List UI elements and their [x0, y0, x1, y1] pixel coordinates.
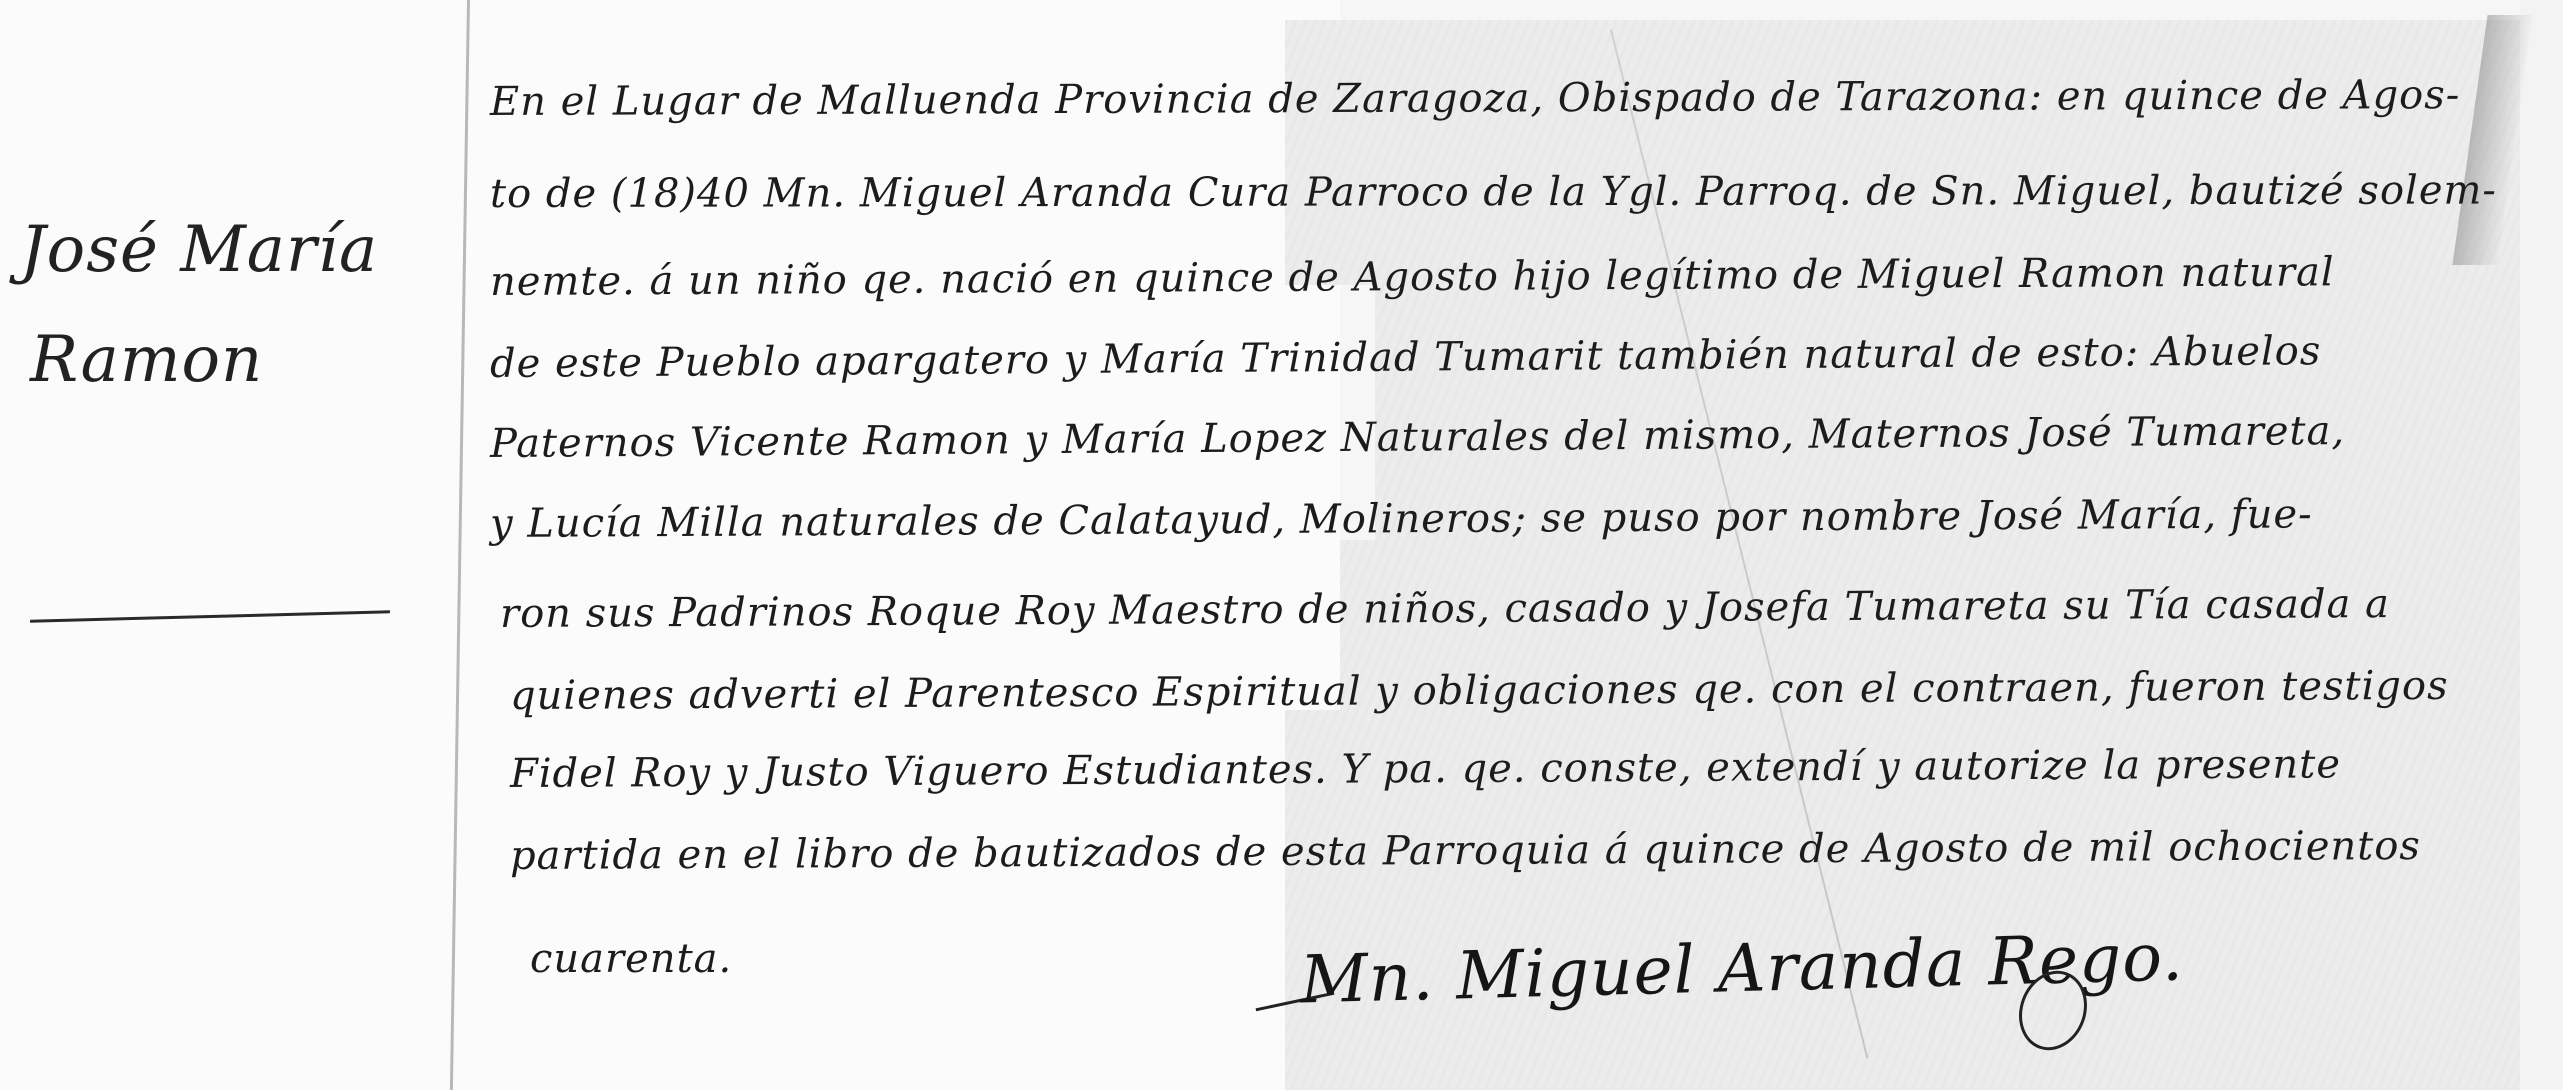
margin-name-line-1: José María — [20, 195, 420, 305]
record-line: Paternos Vicente Ramon y María Lopez Nat… — [490, 407, 2345, 468]
record-line: partida en el libro de bautizados de est… — [510, 822, 2421, 880]
record-line: ron sus Padrinos Roque Roy Maestro de ni… — [500, 580, 2390, 638]
record-line: Fidel Roy y Justo Viguero Estudiantes. Y… — [510, 740, 2341, 798]
record-line: cuarenta. — [530, 935, 732, 983]
record-line: En el Lugar de Malluenda Provincia de Za… — [490, 71, 2460, 126]
record-body: En el Lugar de Malluenda Provincia de Za… — [480, 0, 2550, 1000]
scanned-document-page: José María Ramon En el Lugar de Malluend… — [0, 0, 2563, 1090]
record-line: de este Pueblo apargatero y María Trinid… — [490, 327, 2322, 388]
record-line: y Lucía Milla naturales de Calatayud, Mo… — [490, 490, 2313, 548]
record-line: quienes adverti el Parentesco Espiritual… — [510, 662, 2449, 720]
margin-name-note: José María Ramon — [20, 195, 420, 415]
record-line: to de (18)40 Mn. Miguel Aranda Cura Parr… — [490, 166, 2497, 218]
margin-name-line-2: Ramon — [20, 305, 420, 415]
record-line: nemte. á un niño qe. nació en quince de … — [490, 248, 2335, 306]
